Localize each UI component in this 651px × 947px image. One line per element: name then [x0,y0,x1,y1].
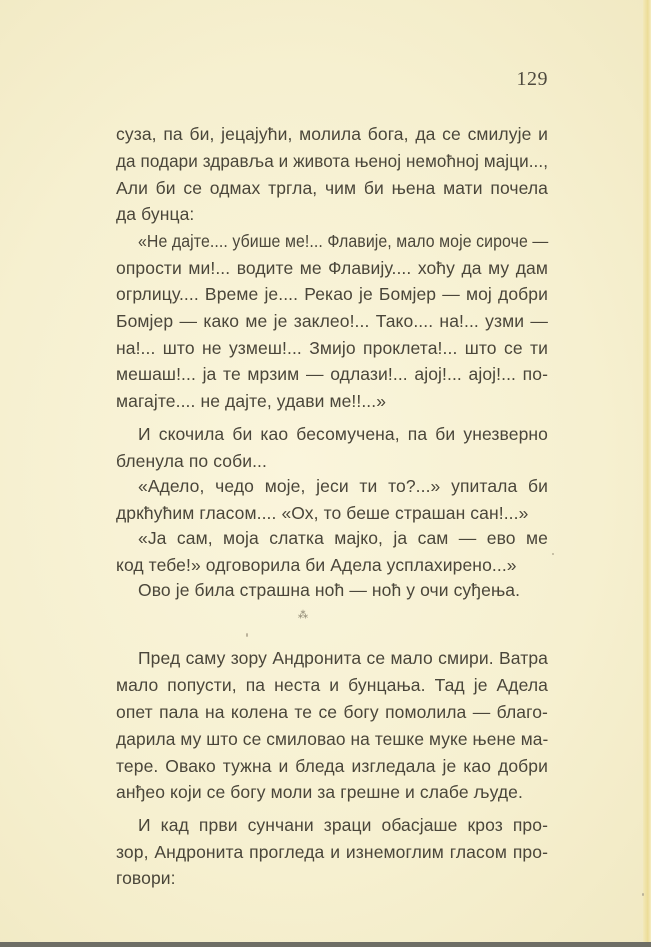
text-line: Ово је била страшна ноћ — ноћ у очи суђе… [138,580,548,601]
text-line: зор, Андронита прогледа и изнемоглим гла… [116,842,548,863]
page-edge [643,0,651,942]
text-line: на!... што не узмеш!... Змијо проклета!.… [116,338,548,359]
text-line: мешаш!... ја те мрзим — одлази!... ајој!… [116,364,548,385]
paper-speck [246,633,248,637]
text-line: «Адело, чедо моје, јеси ти то?...» упита… [138,476,548,497]
text-line: мало попусти, па неста и бунцања. Тад је… [116,675,548,696]
page-number: 129 [517,68,549,91]
text-line: огрлицу.... Време је.... Рекао је Бомјер… [116,284,548,305]
text-line: опет пала на колена те се богу помолила … [116,702,548,723]
text-line: дркћућим гласом.... «Ох, то беше страшан… [116,503,548,524]
text-line: Али би се одмах тргла, чим би њена мати … [116,178,548,199]
text-line: «Не дајте.... убише ме!... Флавије, мало… [138,231,510,252]
text-line: да подари здравља и живота њеној немоћно… [116,151,537,172]
text-line: код тебе!» одговорила би Адела усплахире… [116,555,548,576]
text-line: суза, па би, јецајући, молила бога, да с… [116,124,548,145]
text-line: дарила му што се смиловао на тешке муке … [116,729,544,750]
text-line: Пред саму зору Андронита се мало смири. … [138,648,548,669]
text-line: магајте.... не дајте, удави ме!!...» [116,391,548,412]
paper-speck [642,893,644,896]
text-line: говори: [116,868,548,889]
paper-speck [552,553,554,555]
text-line: И скочила би као бесомучена, па би унезв… [138,424,548,445]
text-line: «Ја сам, моја слатка мајко, ја сам — ево… [138,528,548,549]
text-line: бленула по соби... [116,451,548,472]
text-line: Бомјер — како ме је заклео!... Тако.... … [116,311,548,332]
text-line: И кад први сунчани зраци обасјаше кроз п… [138,815,548,836]
scan-bottom-edge [0,942,651,947]
text-line: опрости ми!... водите ме Флавију.... хоћ… [116,258,548,279]
text-line: тере. Овако тужна и бледа изгледала је к… [116,756,548,777]
section-ornament: ⁂ [298,610,308,621]
book-page: 129 суза, па би, јецајући, молила бога, … [0,0,651,942]
text-line: анђео који се богу моли за грешне и слаб… [116,782,548,803]
text-line: да бунца: [116,204,548,225]
